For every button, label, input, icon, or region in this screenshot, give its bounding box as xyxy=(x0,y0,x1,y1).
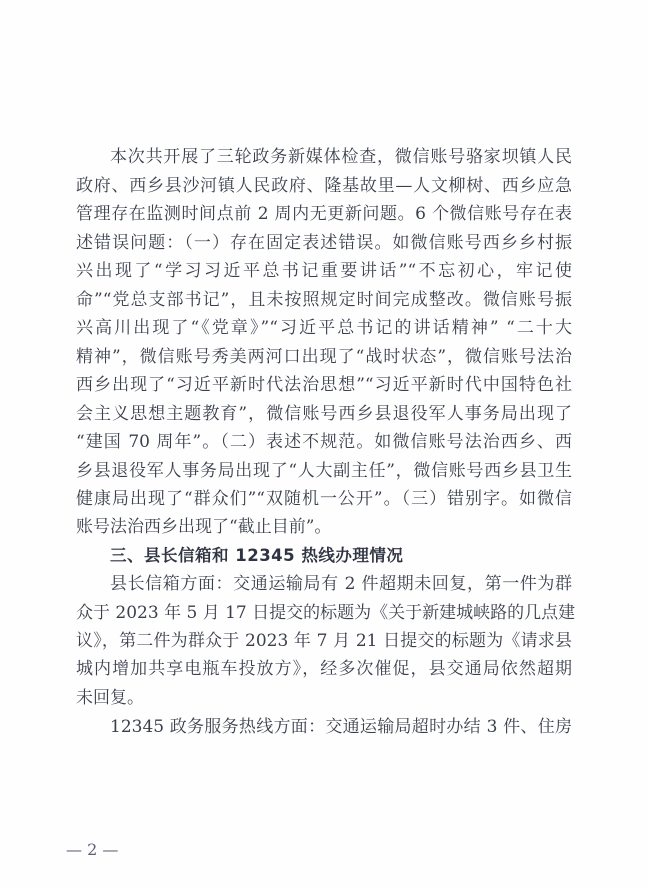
paragraph-1-line-14: 账号法治西乡出现了“截止目前”。 xyxy=(76,513,572,541)
paragraph-1-line-9: 西乡出现了“习近平新时代法治思想”“习近平新时代中国特色社 xyxy=(76,371,572,399)
paragraph-1-line-8: 精神”，微信账号秀美两河口出现了“战时状态”，微信账号法治 xyxy=(76,343,572,371)
paragraph-1-line-12: 乡县退役军人事务局出现了“人大副主任”，微信账号西乡县卫生 xyxy=(76,457,572,485)
paragraph-3-line-1: 12345 政务服务热线方面：交通运输局超时办结 3 件、住房 xyxy=(110,713,572,741)
paragraph-1-line-5: 兴出现了“学习习近平总书记重要讲话”“不忘初心，牢记使 xyxy=(76,257,572,285)
paragraph-2-line-2: 众于 2023 年 5 月 17 日提交的标题为《关于新建城峡路的几点建 xyxy=(76,599,572,627)
paragraph-1-line-13: 健康局出现了“群众们”“双随机一公开”。（三）错别字。如微信 xyxy=(76,485,572,513)
paragraph-1-line-7: 兴高川出现了“《党章》”“习近平总书记的讲话精神” “二十大 xyxy=(76,314,572,342)
page-number: — 2 — xyxy=(66,840,118,860)
paragraph-1-line-10: 会主义思想主题教育”，微信账号西乡县退役军人事务局出现了 xyxy=(76,400,572,428)
paragraph-2-line-4: 城内增加共享电瓶车投放方》，经多次催促，县交通局依然超期 xyxy=(76,655,572,683)
document-page: 本次共开展了三轮政务新媒体检查，微信账号骆家坝镇人民 政府、西乡县沙河镇人民政府… xyxy=(0,0,648,887)
paragraph-2-line-1: 县长信箱方面：交通运输局有 2 件超期未回复，第一件为群 xyxy=(110,570,572,598)
paragraph-1-line-4: 述错误问题：（一）存在固定表述错误。如微信账号西乡乡村振 xyxy=(76,229,572,257)
section-heading: 三、县长信箱和 12345 热线办理情况 xyxy=(110,542,470,570)
paragraph-1-line-3: 管理存在监测时间点前 2 周内无更新问题。6 个微信账号存在表 xyxy=(76,200,572,228)
paragraph-1-line-1: 本次共开展了三轮政务新媒体检查，微信账号骆家坝镇人民 xyxy=(110,143,572,171)
paragraph-2-line-3: 议》，第二件为群众于 2023 年 7 月 21 日提交的标题为《请求县 xyxy=(76,627,572,655)
paragraph-1-line-11: “建国 70 周年”。（二）表述不规范。如微信账号法治西乡、西 xyxy=(76,428,572,456)
paragraph-2-line-5: 未回复。 xyxy=(76,684,572,712)
paragraph-1-line-6: 命”“党总支部书记”，且未按照规定时间完成整改。微信账号振 xyxy=(76,286,572,314)
paragraph-1-line-2: 政府、西乡县沙河镇人民政府、隆基故里—人文柳树、西乡应急 xyxy=(76,172,572,200)
